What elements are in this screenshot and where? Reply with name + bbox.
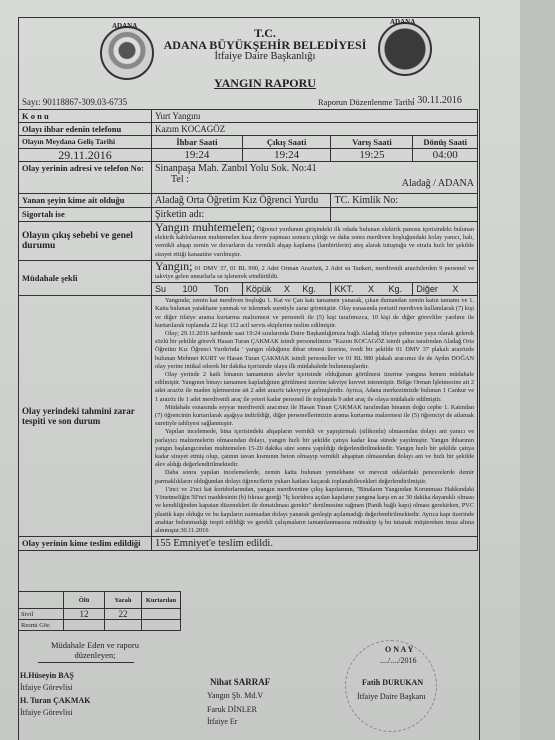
sebep-label: Olayın çıkış sebebi ve genel durumu [19,222,152,261]
mudahale-label: Müdahale şekli [19,260,152,295]
signatory-2-name: H. Turan ÇAKMAK [20,696,90,705]
cikis-saati-label: Çıkış Saati [242,136,331,149]
konu-value: Yurt Yangını [152,110,478,123]
onay-label: O N A Y [385,645,413,654]
right-logo-top-text: ADANA [390,18,415,26]
signatory-4-name: Faruk DİNLER [207,705,257,714]
tc-kimlik-label: TC. Kimlik No: [331,194,478,208]
header-department: İtfaiye Daire Başkanlığı [150,51,380,62]
owner-label: Yanan şeyin kime ait olduğu [19,194,152,208]
fire-department-logo-icon [378,22,432,76]
teslim-value: 155 Emniyet'e teslim edildi. [152,537,478,551]
left-logo-top-text: ADANA [112,22,137,30]
sigorta-label: Sigortalı ise [19,208,152,222]
signature-intro: Müdahale Eden ve raporu düzenleyen; [50,640,140,660]
municipality-logo-icon [100,26,154,80]
teslim-label: Olay yerinin kime teslim edildiği [19,537,152,551]
signatory-3-title: Yangın Şb. Md.V [207,691,263,700]
yarali-header: Yaralı [105,592,142,609]
olu-header: Ölü [64,592,105,609]
mudahale-text: 01 DMV 37, 01 BL 990, 2 Adet Orman Arazö… [155,265,474,280]
report-date-label: Raporun Düzenlenme Tarihi [318,97,415,107]
gelis-value: 29.11.2016 [19,149,152,162]
sirket-value [331,208,478,222]
signatory-5-title: İtfaiye Daire Başkanı [357,692,425,701]
ihbar-label: Olayı ihbar edenin telefonu [19,123,152,136]
signatory-1-title: İtfaiye Görevlisi [20,683,73,692]
table-row: Sivil 12 22 [19,609,181,620]
su-amount: Su 100 Ton [152,283,243,296]
gelis-label: Olayın Meydana Geliş Tarihi [19,136,152,149]
adres-value: Sinanpaşa Mah. Zanbıl Yolu Sok. No:41 [155,163,474,174]
sebep-lead: Yangın muhtemelen; [155,220,255,234]
konu-label: K o n u [19,110,152,123]
owner-value: Aladağ Orta Öğretim Kız Öğrenci Yurdu [152,194,331,208]
signatory-3-name: Nihat SARRAF [210,677,270,687]
diger-amount: Diğer X [413,283,478,296]
ihbar-value: Kazım KOCAGÖZ [152,123,478,136]
document-number: Sayı: 90118867-309.03-6735 [22,97,127,107]
kkt-amount: KKT. X Kg. [331,283,413,296]
ihbar-saati-value: 19:24 [152,149,243,162]
signatory-2-title: İtfaiye Görevlisi [20,708,73,717]
varis-saati-label: Varış Saati [331,136,413,149]
ihbar-saati-label: İhbar Saati [152,136,243,149]
casualty-table: Ölü Yaralı Kurtarılan Sivil 12 22 Resmi … [18,591,181,631]
page-edge [520,0,555,740]
kurtarilan-header: Kurtarılan [142,592,181,609]
divider [38,662,134,663]
cikis-saati-value: 19:24 [242,149,331,162]
table-row: Resmi Gör. [19,620,181,631]
report-table: K o n u Yurt Yangını Olayı ihbar edenin … [18,109,478,551]
varis-saati-value: 19:25 [331,149,413,162]
report-date-value: : 30.11.2016 [412,95,462,106]
donus-saati-label: Dönüş Saati [413,136,478,149]
onay-date: ..../..../2016 [380,656,416,665]
kopuk-amount: Köpük X Kg. [242,283,331,296]
zarar-text: Yangında; zemin kat merdiven boşluğu 1. … [152,296,478,537]
city-value: Aladağ / ADANA [402,178,474,189]
zarar-label: Olay yerindeki tahmini zarar tespiti ve … [19,296,152,537]
signatory-1-name: H.Hüseyin BAŞ [20,671,74,680]
signatory-4-title: İtfaiye Er [207,717,237,726]
mudahale-lead: Yangın; [155,259,192,273]
report-title: YANGIN RAPORU [150,76,380,91]
donus-saati-value: 04:00 [413,149,478,162]
signatory-5-name: Fatih DURUKAN [362,678,423,687]
adres-label: Olay yerinin adresi ve telefon No: [19,162,152,194]
